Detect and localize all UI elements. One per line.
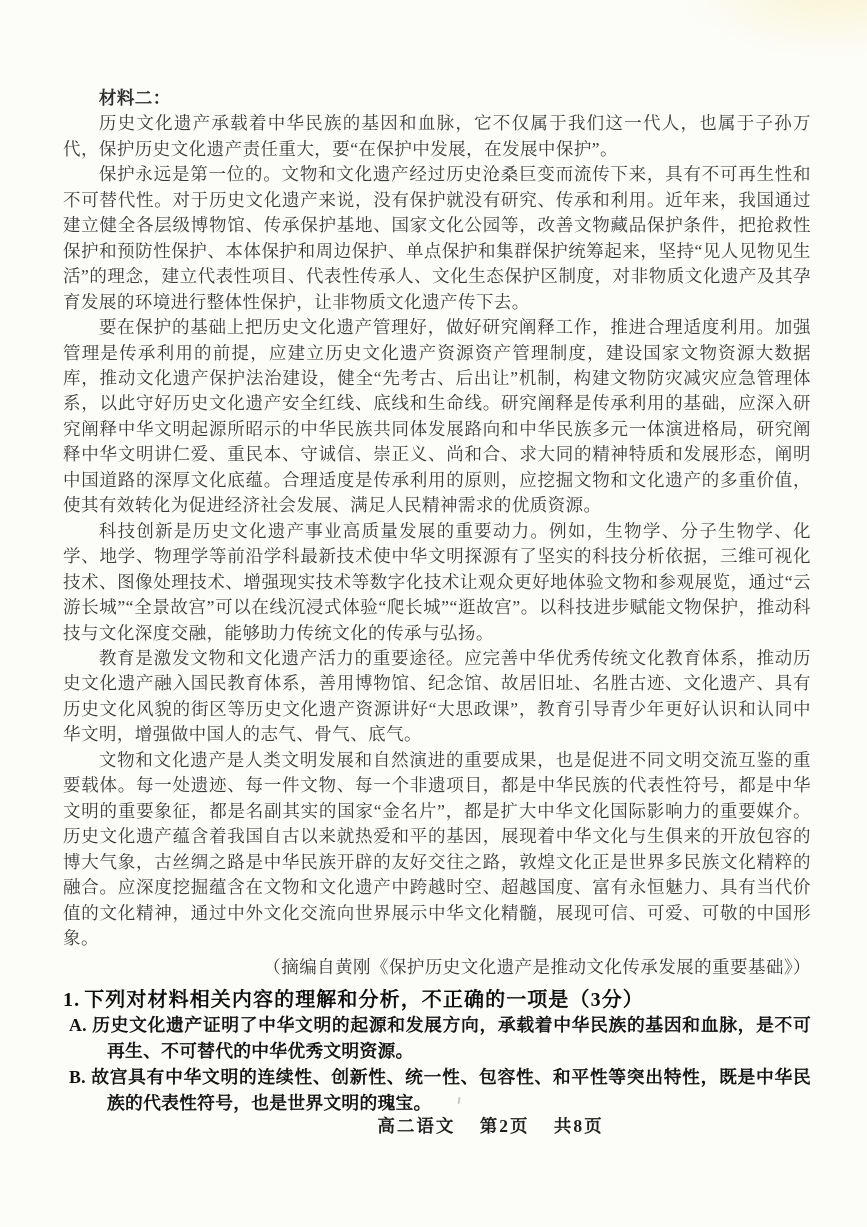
question-stem-text: 下列对材料相关内容的理解和分析，不正确的一项是（3分） <box>84 989 644 1011</box>
passage-attribution: （摘编自黄刚《保护历史文化遗产是推动文化传承发展的重要基础》） <box>63 955 811 980</box>
passage-paragraph: 文物和文化遗产是人类文明发展和自然演进的重要成果，也是促进不同文明交流互鉴的重要… <box>63 748 811 952</box>
option-b-text: 故宫具有中华文明的连续性、创新性、统一性、包容性、和平性等突出特性，既是中华民族… <box>91 1067 811 1113</box>
passage-paragraph: 要在保护的基础上把历史文化遗产管理好，做好研究阐释工作，推进合理适度利用。加强管… <box>63 315 811 519</box>
passage-paragraph: 历史文化遗产承载着中华民族的基因和血脉，它不仅属于我们这一代人，也属于子孙万代，… <box>63 111 811 162</box>
question-stem: 1.下列对材料相关内容的理解和分析，不正确的一项是（3分） <box>63 987 811 1014</box>
footer-total-pages: 共8页 <box>554 1116 604 1136</box>
footer-page-number: 第2页 <box>480 1116 530 1136</box>
option-a-text: 历史文化遗产证明了中华文明的起源和发展方向，承载着中华民族的基因和血脉，是不可再… <box>92 1015 811 1061</box>
passage-paragraph: 保护永远是第一位的。文物和文化遗产经过历史沧桑巨变而流传下来，具有不可再生性和不… <box>63 162 811 315</box>
option-a-label: A. <box>69 1015 87 1035</box>
passage-paragraph: 教育是激发文物和文化遗产活力的重要途径。应完善中华优秀传统文化教育体系，推动历史… <box>63 646 811 748</box>
page-footer-text: 高二语文 第2页 共8页 <box>368 1116 612 1136</box>
question-1: 1.下列对材料相关内容的理解和分析，不正确的一项是（3分） A.历史文化遗产证明… <box>63 987 811 1117</box>
page-footer: 高二语文 第2页 共8页 <box>0 1113 867 1138</box>
reading-passage: 材料二： 历史文化遗产承载着中华民族的基因和血脉，它不仅属于我们这一代人，也属于… <box>63 86 811 981</box>
scan-speck <box>271 1096 274 1099</box>
footer-course: 高二语文 <box>377 1116 455 1136</box>
passage-paragraph: 科技创新是历史文化遗产事业高质量发展的重要动力。例如，生物学、分子生物学、化学、… <box>63 519 811 646</box>
option-a: A.历史文化遗产证明了中华文明的起源和发展方向，承载着中华民族的基因和血脉，是不… <box>63 1013 811 1065</box>
material-label: 材料二： <box>63 86 811 111</box>
option-b: B.故宫具有中华文明的连续性、创新性、统一性、包容性、和平性等突出特性，既是中华… <box>63 1065 811 1117</box>
option-b-label: B. <box>69 1067 86 1087</box>
page-content: 材料二： 历史文化遗产承载着中华民族的基因和血脉，它不仅属于我们这一代人，也属于… <box>63 86 811 1117</box>
question-number: 1. <box>63 989 80 1011</box>
exam-paper-page: 材料二： 历史文化遗产承载着中华民族的基因和血脉，它不仅属于我们这一代人，也属于… <box>0 0 867 1227</box>
